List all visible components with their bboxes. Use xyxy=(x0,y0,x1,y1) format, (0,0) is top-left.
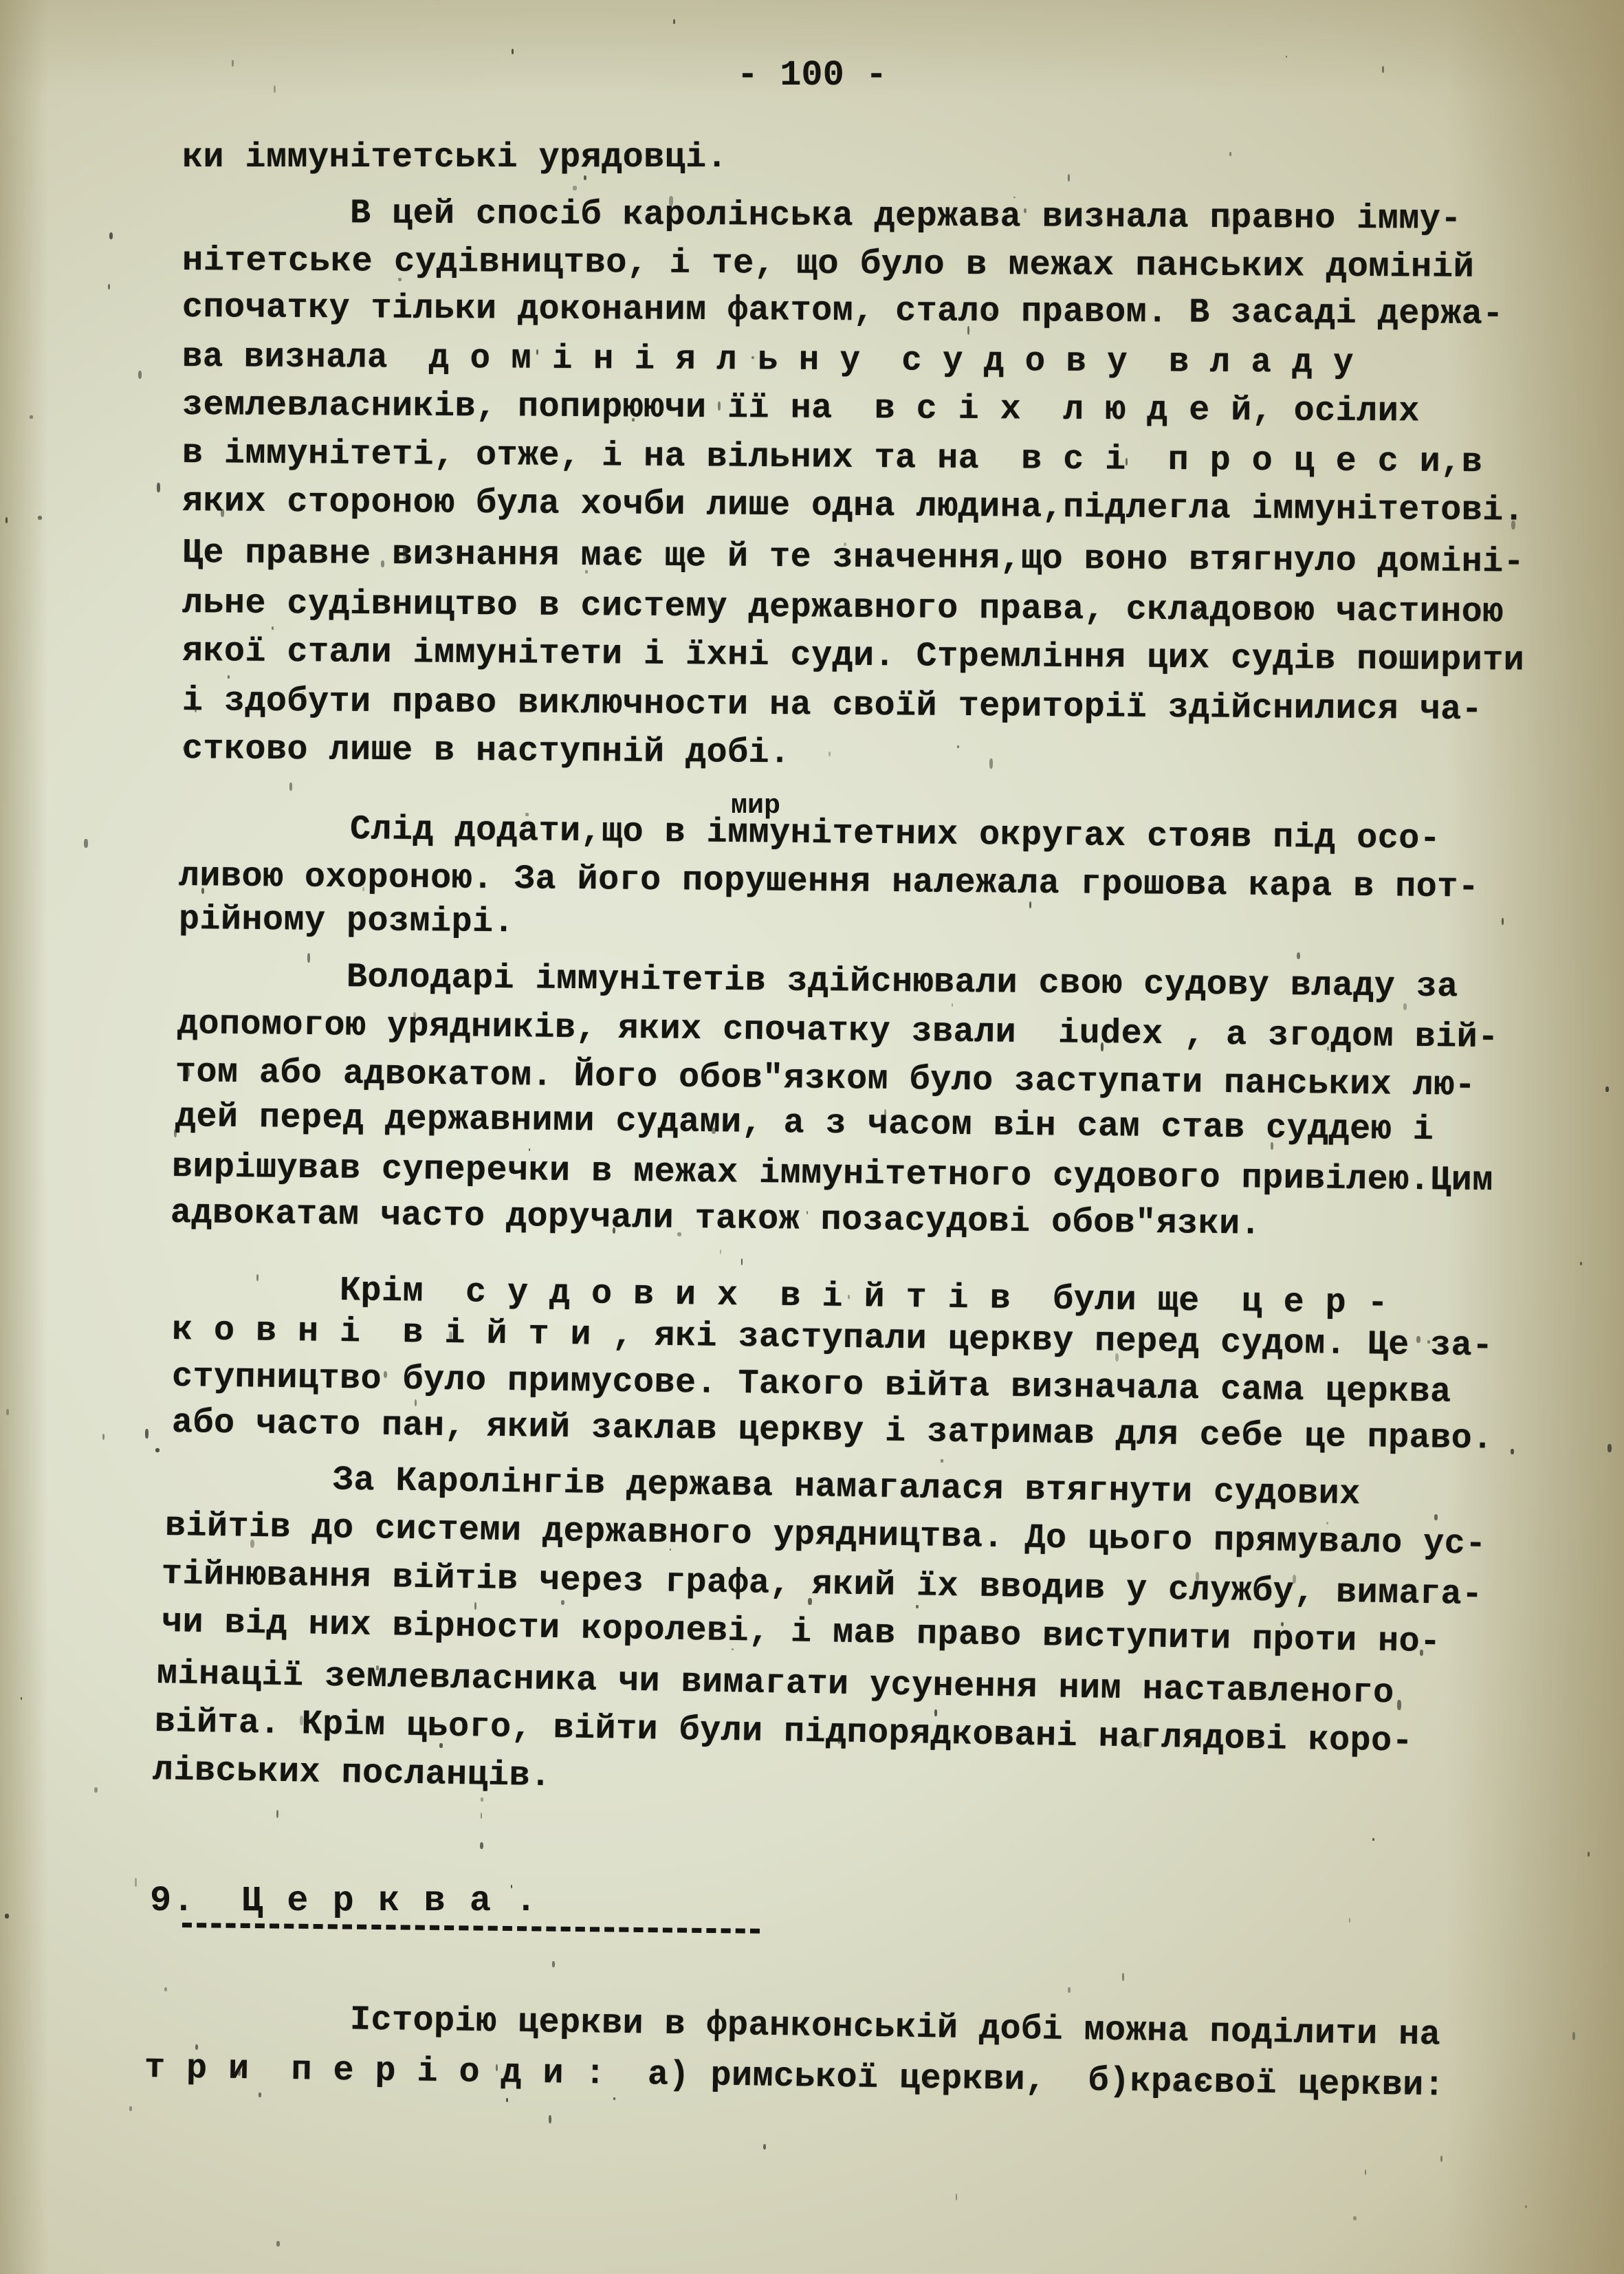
text-line: Це правне визнання має ще й те значення,… xyxy=(182,533,1525,584)
paper-speck xyxy=(272,626,274,629)
paper-speck xyxy=(381,560,384,567)
paper-speck xyxy=(6,1409,9,1415)
paper-speck xyxy=(300,1716,303,1725)
text-line: допомогою урядників, яких спочатку звали… xyxy=(177,1004,1499,1059)
paper-speck xyxy=(384,1371,388,1378)
paper-speck xyxy=(135,1878,137,1886)
paper-speck xyxy=(1607,1444,1612,1452)
paper-speck xyxy=(1068,174,1070,182)
paper-speck xyxy=(398,278,402,281)
paper-speck xyxy=(307,953,310,962)
paper-speck xyxy=(449,1331,452,1340)
paper-speck xyxy=(232,60,234,66)
paper-speck xyxy=(1101,1042,1104,1051)
paper-speck xyxy=(580,1683,584,1691)
paper-speck xyxy=(94,1787,98,1793)
paper-speck xyxy=(703,1524,704,1528)
paper-speck xyxy=(480,1842,483,1850)
paper-speck xyxy=(6,517,8,523)
paper-speck xyxy=(718,402,720,411)
text-line: рійному розмірі. xyxy=(179,899,515,943)
paper-speck xyxy=(712,1128,716,1134)
paper-speck xyxy=(844,543,846,545)
text-line: т р и п е р і о д и : а) римської церкви… xyxy=(144,2048,1445,2107)
paper-speck xyxy=(848,1295,850,1299)
paper-speck xyxy=(1116,402,1118,405)
paper-speck xyxy=(183,746,185,750)
paper-speck xyxy=(102,1434,105,1440)
paper-speck xyxy=(201,888,204,895)
paper-speck xyxy=(109,232,113,239)
paper-speck xyxy=(613,2097,615,2100)
paper-speck xyxy=(585,570,588,573)
paper-speck xyxy=(941,1459,943,1463)
text-line: льне судівництво в систему державного пр… xyxy=(182,583,1504,633)
paper-speck xyxy=(801,547,802,554)
paper-speck xyxy=(1013,197,1016,199)
paper-speck xyxy=(956,2194,958,2200)
text-line: В цей спосіб каролінська держава визнала… xyxy=(182,193,1462,241)
paper-speck xyxy=(1353,2216,1357,2220)
section-heading-underline xyxy=(182,1923,760,1934)
paper-speck xyxy=(191,408,193,411)
paper-speck xyxy=(221,509,224,517)
paper-speck xyxy=(412,1078,415,1082)
paper-speck xyxy=(741,1258,743,1265)
paper-speck xyxy=(30,415,33,419)
paper-speck xyxy=(1365,2169,1366,2175)
paper-speck xyxy=(1349,1918,1350,1923)
interlinear-insert: мир xyxy=(731,791,780,822)
text-line: спочатку тільки доконаним фактом, стало … xyxy=(182,287,1504,336)
paper-speck xyxy=(186,1067,190,1078)
paper-speck xyxy=(129,2106,131,2111)
paper-speck xyxy=(856,1388,859,1395)
text-line: ва визнала д о м і н і я л ь н у с у д о… xyxy=(182,337,1354,384)
paper-speck xyxy=(38,516,42,520)
paper-speck xyxy=(525,813,528,816)
paper-speck xyxy=(155,1448,160,1452)
paper-speck xyxy=(1434,1514,1438,1520)
paper-speck xyxy=(677,1232,681,1236)
paper-speck xyxy=(511,1885,512,1888)
paper-speck xyxy=(174,1129,177,1137)
paper-speck xyxy=(276,2241,280,2246)
paper-speck xyxy=(1154,1533,1158,1538)
scanned-page: - 100 - ки іммунітетські урядовці. В цей… xyxy=(0,0,1624,2274)
text-line: Історію церкви в франконській добі можна… xyxy=(182,1998,1441,2057)
paper-speck xyxy=(1115,1353,1119,1362)
paper-speck xyxy=(157,483,160,492)
paper-speck xyxy=(256,1274,259,1281)
paper-speck xyxy=(529,1148,530,1150)
paper-speck xyxy=(539,1168,541,1171)
paper-speck xyxy=(884,1109,886,1115)
paper-speck xyxy=(1138,1742,1141,1748)
paper-speck xyxy=(481,1797,483,1802)
paper-speck xyxy=(145,1429,149,1439)
paper-speck xyxy=(138,371,142,378)
paper-speck xyxy=(1511,521,1515,530)
paper-speck xyxy=(84,839,88,848)
text-line: ки іммунітетські урядовці. xyxy=(182,138,727,179)
paper-speck xyxy=(714,600,717,607)
text-line: нітетське судівництво, і те, що було в м… xyxy=(182,241,1475,289)
paper-speck xyxy=(1588,1852,1590,1857)
text-line: і здобути право виключности на своїй тер… xyxy=(182,681,1483,731)
paper-speck xyxy=(552,1961,554,1967)
paper-speck xyxy=(259,2092,261,2097)
paper-speck xyxy=(403,554,407,560)
paper-speck xyxy=(439,1743,443,1747)
paper-speck xyxy=(1427,1340,1430,1344)
paper-speck xyxy=(1580,1262,1583,1265)
page-shadow-left xyxy=(0,0,48,2274)
paper-speck xyxy=(195,706,197,712)
paper-speck xyxy=(1297,952,1300,959)
text-line: За Каролінгів держава намагалася втягнут… xyxy=(165,1458,1361,1516)
paper-speck xyxy=(506,2098,509,2102)
text-line: адвокатам часто доручали також позасудов… xyxy=(171,1193,1262,1246)
paper-speck xyxy=(362,887,364,891)
paper-speck xyxy=(1271,1142,1273,1150)
paper-speck xyxy=(1605,1086,1609,1092)
paper-speck xyxy=(164,1987,167,1991)
text-line: в іммунітеті, отже, і на вільних та на в… xyxy=(182,433,1483,483)
paper-speck xyxy=(1126,458,1128,466)
paper-speck xyxy=(1029,901,1031,908)
paper-speck xyxy=(228,675,230,679)
paper-speck xyxy=(403,547,407,555)
paper-speck xyxy=(512,49,514,54)
paper-speck xyxy=(108,284,110,289)
paper-speck xyxy=(250,1540,254,1549)
paper-speck xyxy=(376,1665,378,1670)
paper-speck xyxy=(670,1549,671,1551)
section-heading: 9. Ц е р к в а . xyxy=(150,1881,538,1921)
paper-speck xyxy=(1068,1987,1070,1992)
paper-speck xyxy=(989,758,993,768)
page-shadow-right xyxy=(1445,0,1624,2274)
text-line: якої стали іммунітети і їхні суди. Стрем… xyxy=(182,631,1525,682)
paper-speck xyxy=(967,326,969,335)
paper-speck xyxy=(808,1598,812,1605)
paper-speck xyxy=(952,1003,953,1007)
paper-speck xyxy=(584,175,587,180)
paper-speck xyxy=(549,2115,551,2123)
paper-speck xyxy=(1293,1575,1296,1584)
paper-speck xyxy=(837,1736,842,1744)
paper-speck xyxy=(934,1709,936,1716)
paper-speck xyxy=(916,1605,919,1608)
paper-speck xyxy=(1420,1650,1423,1656)
paper-speck xyxy=(573,186,577,190)
paper-speck xyxy=(1326,1522,1328,1524)
paper-speck xyxy=(673,19,674,24)
paper-speck xyxy=(1122,1973,1125,1982)
paper-speck xyxy=(188,555,190,562)
paper-speck xyxy=(1572,2032,1575,2040)
text-line: землевласників, попирюючи її на в с і х … xyxy=(182,385,1420,433)
paper-speck xyxy=(238,2069,241,2076)
text-line: вирішував суперечки в межах іммунітетног… xyxy=(172,1147,1493,1202)
paper-speck xyxy=(1397,1700,1401,1710)
paper-speck xyxy=(632,418,635,421)
text-line: Слід додати,що в іммунітетних округах ст… xyxy=(182,808,1441,860)
paper-speck xyxy=(829,752,831,756)
paper-speck xyxy=(1372,1838,1374,1841)
paper-speck xyxy=(1229,152,1231,157)
paper-speck xyxy=(1196,1119,1199,1123)
paper-speck xyxy=(413,1012,416,1019)
paper-speck xyxy=(926,2077,930,2086)
paper-speck xyxy=(1525,2205,1527,2207)
paper-speck xyxy=(763,2144,766,2150)
page-number: - 100 - xyxy=(0,55,1624,96)
paper-speck xyxy=(289,783,292,791)
paper-speck xyxy=(1511,1449,1514,1454)
text-line: Володарі іммунітетів здійснювали свою су… xyxy=(179,956,1458,1008)
paper-speck xyxy=(957,745,959,748)
paper-speck xyxy=(474,1602,476,1610)
paper-speck xyxy=(561,1600,564,1605)
text-line: яких стороною була хочби лише одна людин… xyxy=(182,481,1525,532)
paper-speck xyxy=(276,1810,279,1817)
text-line: стково лише в наступній добі. xyxy=(182,729,791,774)
paper-speck xyxy=(5,1914,8,1918)
paper-speck xyxy=(798,212,801,219)
paper-speck xyxy=(1440,2156,1442,2162)
paper-speck xyxy=(1502,918,1503,925)
paper-speck xyxy=(481,1813,483,1819)
text-line: лівських посланців. xyxy=(153,1750,551,1797)
paper-speck xyxy=(1403,1003,1407,1010)
text-line: дей перед державними судами, а з часом в… xyxy=(175,1097,1434,1151)
paper-speck xyxy=(1133,1502,1135,1509)
paper-speck xyxy=(720,1249,721,1254)
paper-speck xyxy=(1173,2083,1177,2091)
paper-speck xyxy=(1196,1572,1199,1581)
paper-speck xyxy=(1197,606,1200,613)
paper-speck xyxy=(1382,66,1384,73)
paper-speck xyxy=(669,196,673,206)
